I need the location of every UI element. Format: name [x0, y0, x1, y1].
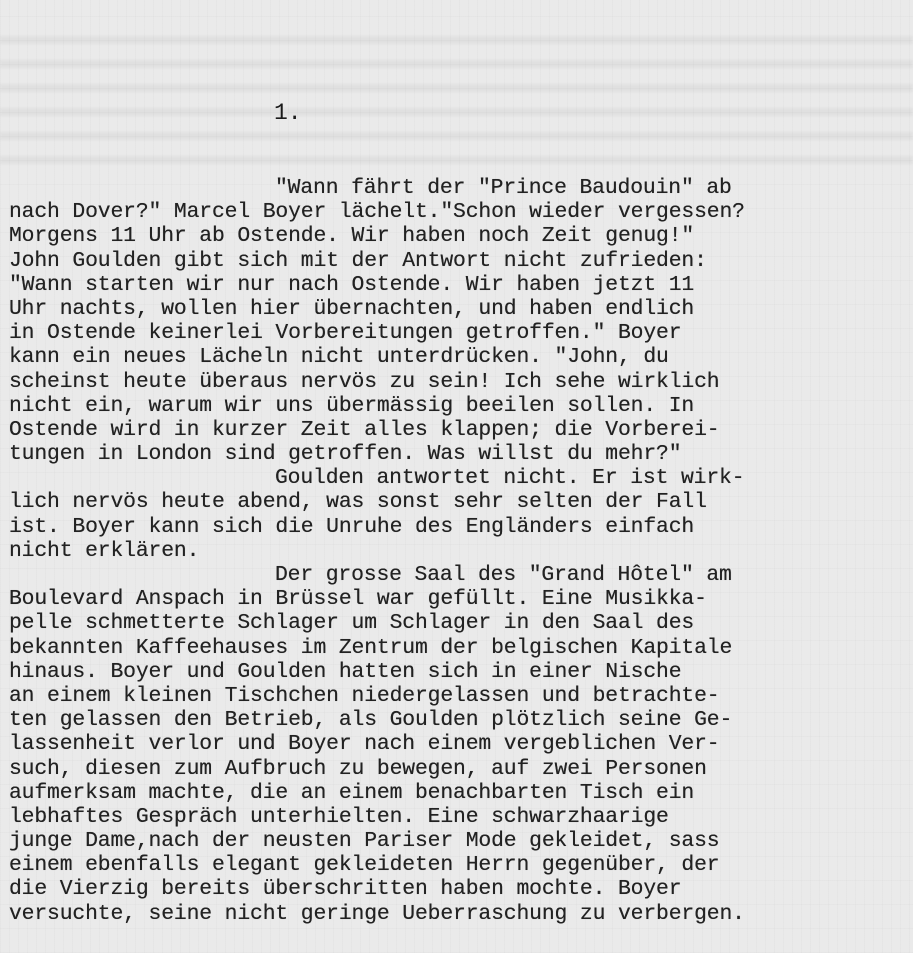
text-line: lassenheit verlor und Boyer nach einem v…: [9, 732, 909, 756]
text-line: die Vierzig bereits überschritten haben …: [9, 877, 909, 901]
text-line: Ostende wird in kurzer Zeit alles klappe…: [9, 418, 909, 442]
text-line: Morgens 11 Uhr ab Ostende. Wir haben noc…: [9, 224, 909, 248]
text-line: Boulevard Anspach in Brüssel war gefüllt…: [9, 587, 909, 611]
text-line: John Goulden gibt sich mit der Antwort n…: [9, 249, 909, 273]
text-line: ist. Boyer kann sich die Unruhe des Engl…: [9, 515, 909, 539]
text-line: Uhr nachts, wollen hier übernachten, und…: [9, 297, 909, 321]
text-line: "Wann fährt der "Prince Baudouin" ab: [9, 176, 909, 200]
text-line: pelle schmetterte Schlager um Schlager i…: [9, 611, 909, 635]
text-line: einem ebenfalls elegant gekleideten Herr…: [9, 853, 909, 877]
text-line: in Ostende keinerlei Vorbereitungen getr…: [9, 321, 909, 345]
text-line: ten gelassen den Betrieb, als Goulden pl…: [9, 708, 909, 732]
text-line: "Wann starten wir nur nach Ostende. Wir …: [9, 273, 909, 297]
typewritten-page: 1. "Wann fährt der "Prince Baudouin" abn…: [0, 0, 913, 953]
body-text: "Wann fährt der "Prince Baudouin" abnach…: [9, 176, 909, 926]
text-line: tungen in London sind getroffen. Was wil…: [9, 442, 909, 466]
text-line: nicht ein, warum wir uns übermässig beei…: [9, 394, 909, 418]
text-line: nach Dover?" Marcel Boyer lächelt."Schon…: [9, 200, 909, 224]
text-line: scheinst heute überaus nervös zu sein! I…: [9, 370, 909, 394]
text-line: Goulden antwortet nicht. Er ist wirk-: [9, 466, 909, 490]
text-line: Der grosse Saal des "Grand Hôtel" am: [9, 563, 909, 587]
text-line: kann ein neues Lächeln nicht unterdrücke…: [9, 345, 909, 369]
text-line: aufmerksam machte, die an einem benachba…: [9, 781, 909, 805]
text-line: such, diesen zum Aufbruch zu bewegen, au…: [9, 757, 909, 781]
text-line: lich nervös heute abend, was sonst sehr …: [9, 490, 909, 514]
text-line: hinaus. Boyer und Goulden hatten sich in…: [9, 660, 909, 684]
text-line: an einem kleinen Tischchen niedergelasse…: [9, 684, 909, 708]
bleed-through-texture: [0, 28, 913, 178]
text-line: bekannten Kaffeehauses im Zentrum der be…: [9, 636, 909, 660]
chapter-number: 1.: [274, 100, 302, 126]
text-line: junge Dame,nach der neusten Pariser Mode…: [9, 829, 909, 853]
text-line: nicht erklären.: [9, 539, 909, 563]
text-line: lebhaftes Gespräch unterhielten. Eine sc…: [9, 805, 909, 829]
text-line: versuchte, seine nicht geringe Ueberrasc…: [9, 902, 909, 926]
